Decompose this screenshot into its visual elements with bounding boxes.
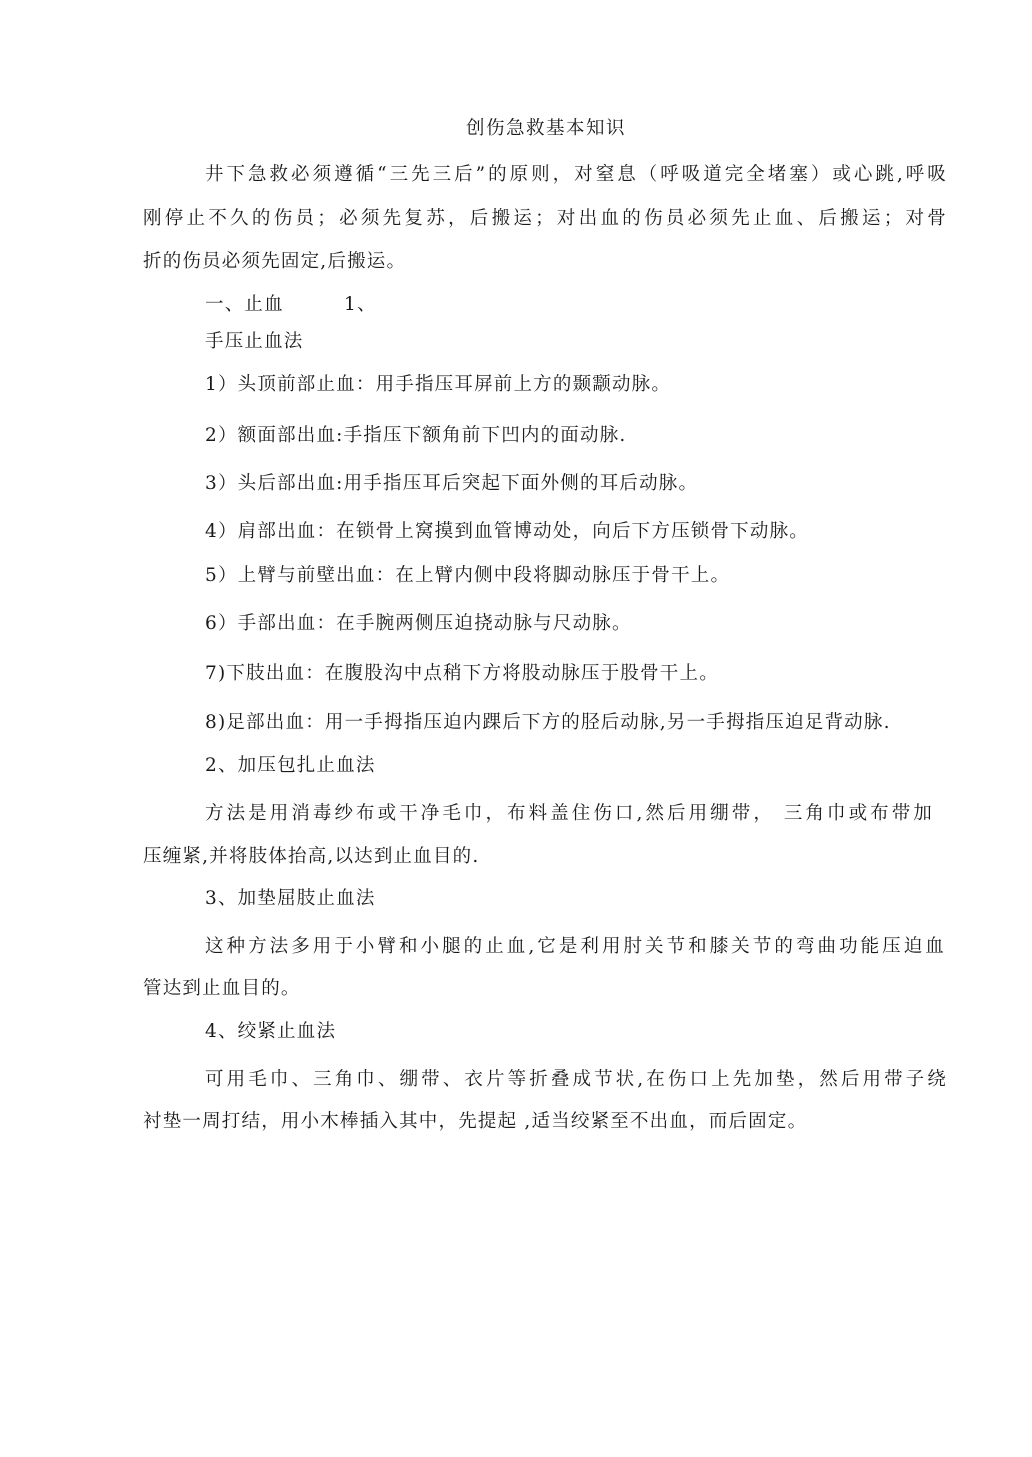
list-item-6: 6）手部出血：在手腕两侧压迫挠动脉与尺动脉。 bbox=[205, 612, 632, 636]
subsection-heading-manual-pressure: 手压止血法 bbox=[205, 330, 304, 354]
section-heading-hemostasis: 一、止血 bbox=[205, 293, 284, 317]
method-2-heading: 2、加压包扎止血法 bbox=[205, 754, 376, 778]
method-2-line-2: 压缠紧,并将肢体抬高,以达到止血目的. bbox=[143, 845, 479, 869]
intro-line-1: 井下急救必须遵循“三先三后”的原则，对窒息（呼吸道完全堵塞）或心跳,呼吸 bbox=[205, 163, 947, 187]
method-4-line-2: 衬垫一周打结，用小木棒插入其中，先提起 ,适当绞紧至不出血，而后固定。 bbox=[143, 1110, 807, 1134]
method-4-line-1: 可用毛巾、三角巾、绷带、衣片等折叠成节状,在伤口上先加垫，然后用带子绕 bbox=[205, 1068, 947, 1092]
list-item-8: 8)足部出血：用一手拇指压迫内踝后下方的胫后动脉,另一手拇指压迫足背动脉. bbox=[205, 711, 891, 735]
list-item-3: 3）头后部出血:用手指压耳后突起下面外侧的耳后动脉。 bbox=[205, 472, 698, 496]
list-item-7: 7)下肢出血：在腹股沟中点稍下方将股动脉压于股骨干上。 bbox=[205, 662, 719, 686]
method-3-heading: 3、加垫屈肢止血法 bbox=[205, 887, 376, 911]
intro-line-2: 刚停止不久的伤员；必须先复苏，后搬运；对出血的伤员必须先止血、后搬运；对骨 bbox=[143, 207, 947, 231]
intro-line-3: 折的伤员必须先固定,后搬运。 bbox=[143, 250, 406, 274]
list-item-2: 2）额面部出血:手指压下额角前下凹内的面动脉. bbox=[205, 424, 627, 448]
method-4-heading: 4、绞紧止血法 bbox=[205, 1020, 336, 1044]
method-2-line-1: 方法是用消毒纱布或干净毛巾，布料盖住伤口,然后用绷带， 三角巾或布带加 bbox=[205, 802, 933, 826]
method-3-line-2: 管达到止血目的。 bbox=[143, 977, 301, 1001]
list-item-1: 1）头顶前部止血：用手指压耳屏前上方的颞颥动脉。 bbox=[205, 373, 671, 397]
list-item-4: 4）肩部出血：在锁骨上窝摸到血管博动处，向后下方压锁骨下动脉。 bbox=[205, 520, 809, 544]
subsection-number-1: 1、 bbox=[344, 293, 377, 317]
document-title: 创伤急救基本知识 bbox=[0, 117, 1032, 141]
list-item-5: 5）上臂与前壁出血：在上臂内侧中段将脚动脉压于骨干上。 bbox=[205, 564, 730, 588]
method-3-line-1: 这种方法多用于小臂和小腿的止血,它是利用肘关节和膝关节的弯曲功能压迫血 bbox=[205, 935, 945, 959]
document-page: 创伤急救基本知识 井下急救必须遵循“三先三后”的原则，对窒息（呼吸道完全堵塞）或… bbox=[0, 0, 1032, 1457]
